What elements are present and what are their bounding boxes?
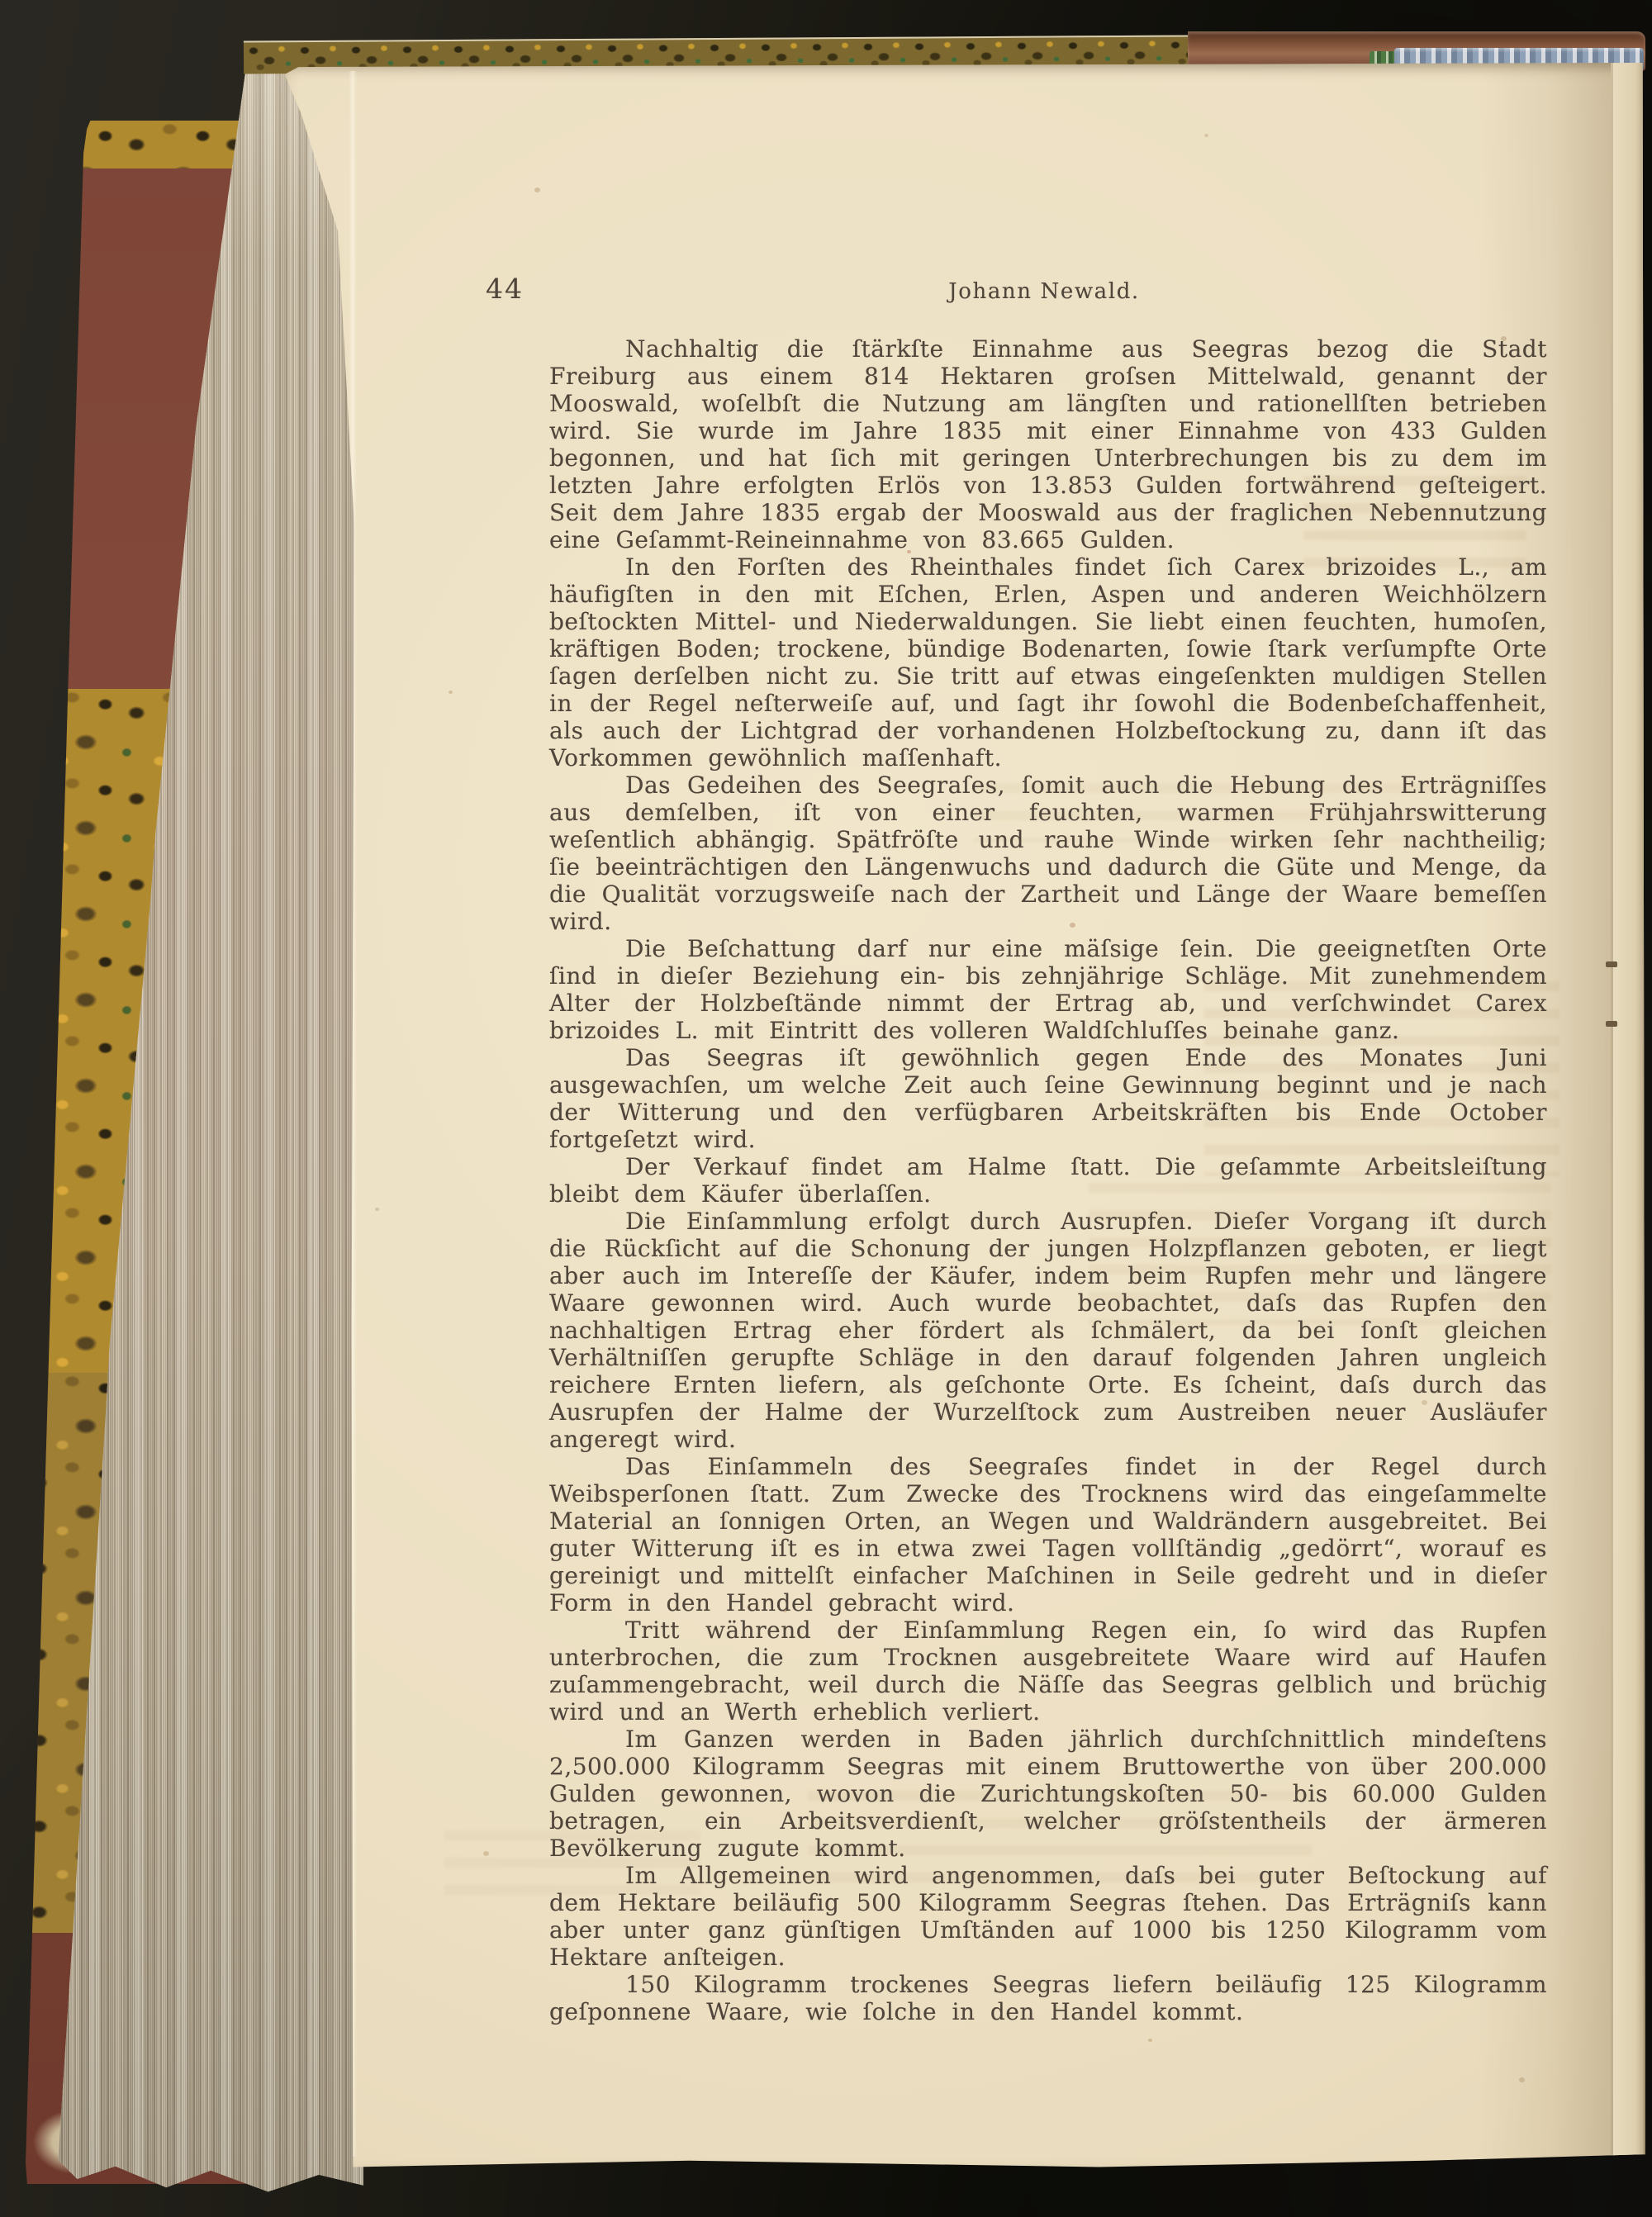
paragraph: Tritt während der Einſammlung Regen ein,… [549,1616,1547,1726]
gutter-fold-line [1611,63,1613,2169]
paragraph: Im Allgemeinen wird angenommen, daſs bei… [549,1862,1547,1971]
running-header: Johann Newald. [857,279,1231,304]
paragraph: Das Seegras iſt gewöhnlich gegen Ende de… [549,1044,1547,1153]
paragraph: Die Einſammlung erfolgt durch Ausrupfen.… [549,1208,1547,1453]
binding-stitch-mark [1606,1021,1617,1027]
binding-stitch-mark [1606,961,1617,967]
paragraph: Nachhaltig die ſtärkſte Einnahme aus See… [549,335,1547,553]
next-page-sliver [1613,63,1645,2169]
paragraph: Das Gedeihen des Seegraſes, ſomit auch d… [549,771,1547,935]
paragraph: 150 Kilogramm trockenes Seegras liefern … [549,1971,1547,2025]
book-page: 44 Johann Newald. Nachhaltig die ſtärkſt… [279,63,1645,2169]
paragraph: Der Verkauf findet am Halme ſtatt. Die g… [549,1153,1547,1208]
paragraph: Die Beſchattung darf nur eine mäſsige ſe… [549,935,1547,1044]
paragraph: In den Forſten des Rheinthales findet ſi… [549,553,1547,771]
page-number: 44 [486,273,524,305]
book-scan-photo: 44 Johann Newald. Nachhaltig die ſtärkſt… [0,0,1652,2217]
paragraph: Im Ganzen werden in Baden jährlich durch… [549,1726,1547,1862]
paragraph: Das Einſammeln des Seegraſes findet in d… [549,1453,1547,1616]
text-block: Nachhaltig die ſtärkſte Einnahme aus See… [549,335,1547,2025]
